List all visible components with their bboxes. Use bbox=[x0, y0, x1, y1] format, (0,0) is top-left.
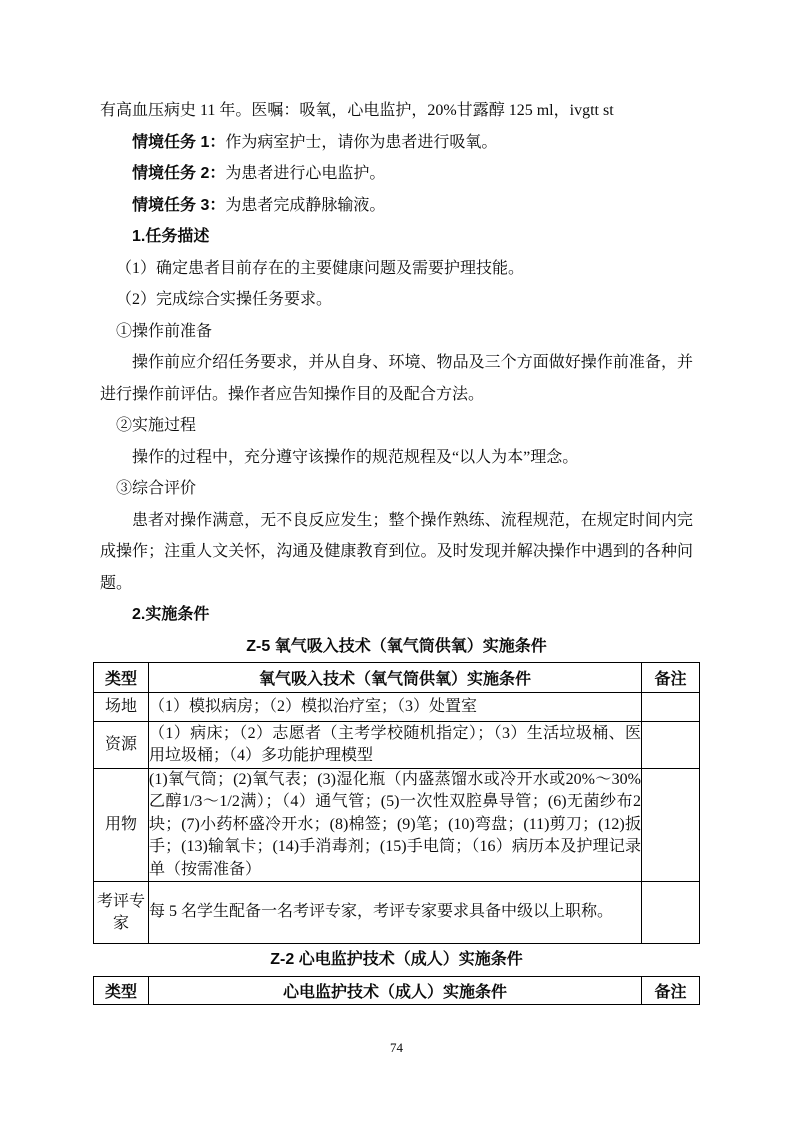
header-cell-type: 类型 bbox=[94, 976, 149, 1004]
row-type-label: 考评专家 bbox=[94, 882, 149, 944]
row-content: （1）病床；（2）志愿者（主考学校随机指定）；（3）生活垃圾桶、医用垃圾桶；（4… bbox=[149, 722, 642, 769]
task-text: 作为病室护士，请你为患者进行吸氧。 bbox=[225, 134, 497, 151]
table-header-row: 类型 心电监护技术（成人）实施条件 备注 bbox=[94, 976, 700, 1004]
page-content: 有高血压病史 11 年。医嘱：吸氧，心电监护，20%甘露醇 125 ml，ivg… bbox=[0, 0, 793, 1005]
row-note-cell bbox=[642, 722, 700, 769]
row-note-cell bbox=[642, 693, 700, 722]
task-text: 为患者完成静脉输液。 bbox=[225, 197, 385, 214]
paragraph: ①操作前准备 bbox=[100, 316, 693, 348]
paragraph: （1）确定患者目前存在的主要健康问题及需要护理技能。 bbox=[100, 253, 693, 285]
task-line-2: 情境任务 2：为患者进行心电监护。 bbox=[100, 158, 693, 190]
row-note-cell bbox=[642, 882, 700, 944]
paragraph: 操作的过程中，充分遵守该操作的规范规程及“以人为本”理念。 bbox=[100, 442, 693, 474]
row-type-label: 资源 bbox=[94, 722, 149, 769]
table-row: 考评专家 每 5 名学生配备一名考评专家，考评专家要求具备中级以上职称。 bbox=[94, 882, 700, 944]
header-cell-type: 类型 bbox=[94, 663, 149, 693]
header-cell-note: 备注 bbox=[642, 976, 700, 1004]
header-cell-title: 心电监护技术（成人）实施条件 bbox=[149, 976, 642, 1004]
row-type-label: 场地 bbox=[94, 693, 149, 722]
header-cell-note: 备注 bbox=[642, 663, 700, 693]
row-content: (1)氧气筒；(2)氧气表；(3)湿化瓶（内盛蒸馏水或冷开水或20%～30%乙醇… bbox=[149, 769, 642, 882]
task-label: 情境任务 2： bbox=[132, 165, 225, 182]
task-label: 情境任务 3： bbox=[132, 197, 225, 214]
row-content: 每 5 名学生配备一名考评专家，考评专家要求具备中级以上职称。 bbox=[149, 882, 642, 944]
header-cell-title: 氧气吸入技术（氧气筒供氧）实施条件 bbox=[149, 663, 642, 693]
document-page: 有高血压病史 11 年。医嘱：吸氧，心电监护，20%甘露醇 125 ml，ivg… bbox=[0, 0, 793, 1122]
table-row: 场地 （1）模拟病房；（2）模拟治疗室；（3）处置室 bbox=[94, 693, 700, 722]
paragraph-opening: 有高血压病史 11 年。医嘱：吸氧，心电监护，20%甘露醇 125 ml，ivg… bbox=[100, 95, 693, 127]
paragraph: （2）完成综合实操任务要求。 bbox=[100, 284, 693, 316]
conditions-table-z5: 类型 氧气吸入技术（氧气筒供氧）实施条件 备注 场地 （1）模拟病房；（2）模拟… bbox=[93, 662, 700, 944]
row-content: （1）模拟病房；（2）模拟治疗室；（3）处置室 bbox=[149, 693, 642, 722]
row-note-cell bbox=[642, 769, 700, 882]
table-header-row: 类型 氧气吸入技术（氧气筒供氧）实施条件 备注 bbox=[94, 663, 700, 693]
section-heading-task-description: 1.任务描述 bbox=[100, 221, 693, 253]
table-title-z5: Z-5 氧气吸入技术（氧气筒供氧）实施条件 bbox=[100, 631, 693, 663]
paragraph: 操作前应介绍任务要求，并从自身、环境、物品及三个方面做好操作前准备，并进行操作前… bbox=[100, 347, 693, 410]
conditions-table-z2: 类型 心电监护技术（成人）实施条件 备注 bbox=[93, 976, 700, 1005]
section-heading-conditions: 2.实施条件 bbox=[100, 599, 693, 631]
task-label: 情境任务 1： bbox=[132, 134, 225, 151]
task-line-1: 情境任务 1：作为病室护士，请你为患者进行吸氧。 bbox=[100, 127, 693, 159]
paragraph: 患者对操作满意，无不良反应发生；整个操作熟练、流程规范，在规定时间内完成操作；注… bbox=[100, 505, 693, 600]
paragraph: ③综合评价 bbox=[100, 473, 693, 505]
task-line-3: 情境任务 3：为患者完成静脉输液。 bbox=[100, 190, 693, 222]
row-type-label: 用物 bbox=[94, 769, 149, 882]
table-row: 资源 （1）病床；（2）志愿者（主考学校随机指定）；（3）生活垃圾桶、医用垃圾桶… bbox=[94, 722, 700, 769]
table-row: 用物 (1)氧气筒；(2)氧气表；(3)湿化瓶（内盛蒸馏水或冷开水或20%～30… bbox=[94, 769, 700, 882]
table-title-z2: Z-2 心电监护技术（成人）实施条件 bbox=[100, 944, 693, 976]
paragraph: ②实施过程 bbox=[100, 410, 693, 442]
task-text: 为患者进行心电监护。 bbox=[225, 165, 385, 182]
page-number: 74 bbox=[0, 1040, 793, 1056]
